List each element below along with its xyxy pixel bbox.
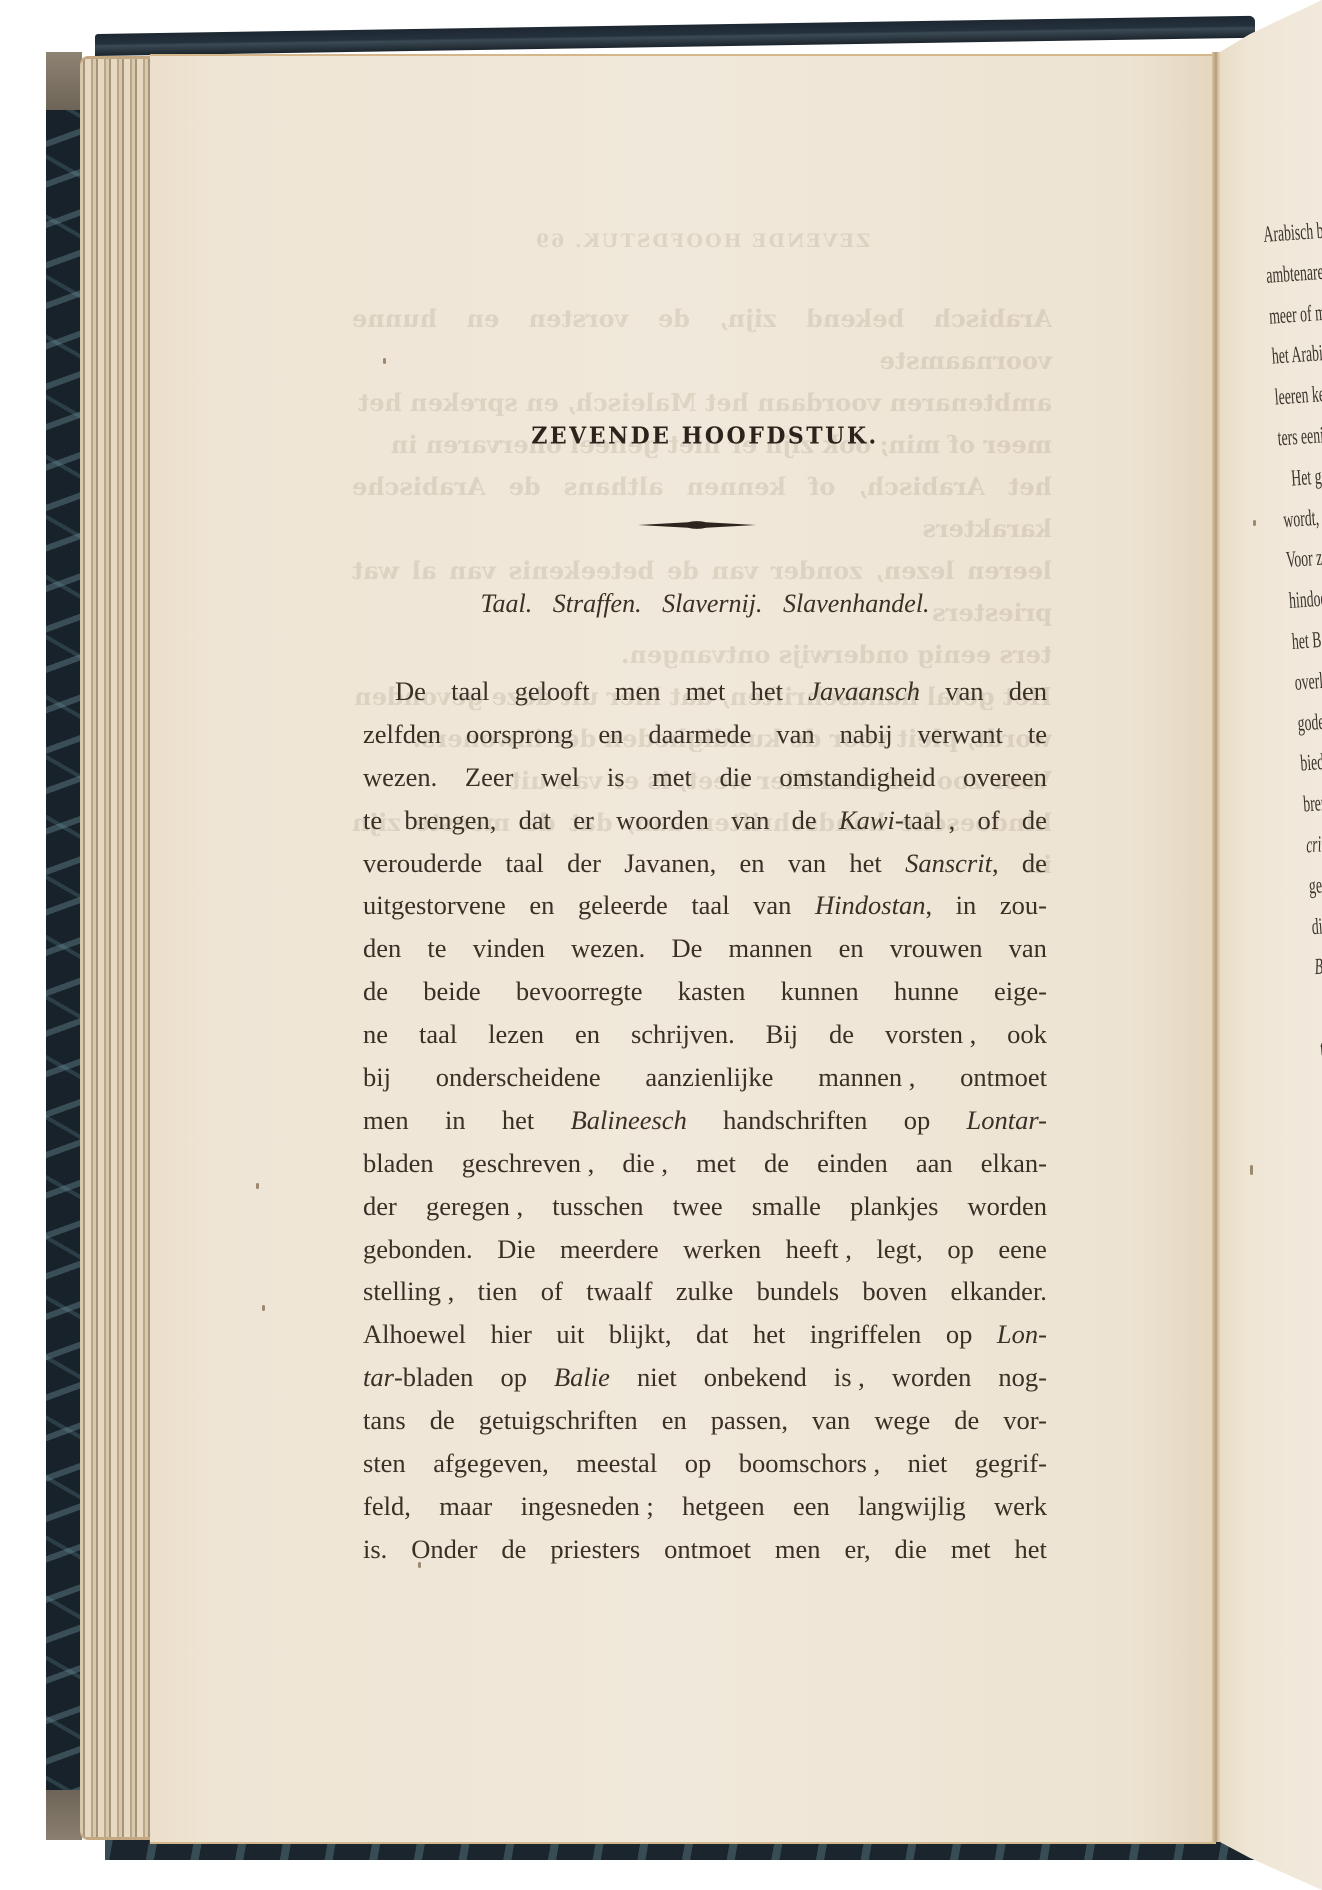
word: der: [363, 1185, 397, 1228]
word: getuigschriften: [479, 1399, 638, 1442]
word: werken: [683, 1228, 761, 1271]
word: geschreven ,: [462, 1142, 594, 1185]
foxing-speck: [262, 1305, 265, 1311]
right-page-line: het Balien: [1290, 619, 1322, 663]
book-cover-corner-top: [46, 52, 82, 110]
word: en: [575, 1013, 600, 1056]
word: van: [945, 670, 983, 713]
word: van: [753, 884, 791, 927]
word: niet: [908, 1442, 948, 1485]
text-line: gebonden.Diemeerderewerkenheeft ,legt,op…: [363, 1228, 1047, 1271]
word: van: [1009, 927, 1047, 970]
text-line: meninhetBalineeschhandschriftenopLontar-: [363, 1099, 1047, 1142]
foxing-speck: [418, 1562, 421, 1568]
word: elkan-: [981, 1142, 1047, 1185]
right-page-line: die beide: [1310, 904, 1322, 948]
word: vorsten ,: [885, 1013, 976, 1056]
word: met: [652, 756, 692, 799]
right-page-line: Het getal: [1279, 456, 1322, 500]
word: er: [573, 799, 594, 842]
word: ook: [1007, 1013, 1047, 1056]
word: vor-: [1003, 1399, 1047, 1442]
word: hetgeen: [682, 1485, 764, 1528]
text-line: zelfdenoorsprongendaarmedevannabijverwan…: [363, 713, 1047, 756]
text-line: is.Onderdepriestersontmoetmener,diemethe…: [363, 1528, 1047, 1571]
right-page-line: crit in de: [1305, 822, 1322, 866]
right-page-line: biedigde g: [1299, 741, 1322, 785]
word: vrouwen: [890, 927, 983, 970]
word: worden: [968, 1185, 1047, 1228]
word: taal: [451, 670, 489, 713]
word: het: [502, 1099, 534, 1142]
text-line: DetaalgelooftmenmethetJavaanschvanden: [363, 670, 1047, 713]
word: uitgestorvene: [363, 884, 506, 927]
word: onbekend: [704, 1356, 807, 1399]
word: afgegeven,: [433, 1442, 549, 1485]
word: woorden: [616, 799, 709, 842]
word: Hindostan,: [815, 884, 932, 927]
word: geregen ,: [426, 1185, 523, 1228]
word: met: [951, 1528, 991, 1571]
word: ontmoet: [664, 1528, 751, 1571]
word: smalle: [752, 1185, 821, 1228]
word: tar-bladen: [363, 1356, 473, 1399]
word: worden: [892, 1356, 971, 1399]
word: werk: [994, 1485, 1047, 1528]
right-page-line: wordt, pleit: [1282, 497, 1322, 541]
word: het: [753, 1313, 785, 1356]
word: boomschors ,: [739, 1442, 880, 1485]
word: het: [849, 842, 881, 885]
word: ingesneden ;: [521, 1485, 654, 1528]
word: een: [793, 1485, 830, 1528]
text-line: tansdegetuigschriftenenpassen,vanwegedev…: [363, 1399, 1047, 1442]
word: in: [956, 884, 977, 927]
word: zelfden: [363, 713, 441, 756]
word: meerdere: [560, 1228, 659, 1271]
word: elkander.: [951, 1270, 1047, 1313]
subtitle-topic: Taal.: [480, 589, 532, 618]
word: te: [427, 927, 446, 970]
word: hier: [491, 1313, 532, 1356]
word: wel: [541, 756, 579, 799]
word: wege: [874, 1399, 930, 1442]
word: de: [1022, 799, 1047, 842]
word: maar: [439, 1485, 492, 1528]
word: op: [946, 1313, 973, 1356]
word: op: [500, 1356, 527, 1399]
right-page-line: brengselen: [1302, 781, 1322, 825]
text-line: dentevindenwezen.Demannenenvrouwenvan: [363, 927, 1047, 970]
text-line: tebrengen,daterwoordenvandeKawi-taal ,of…: [363, 799, 1047, 842]
word: de: [954, 1399, 979, 1442]
word: van: [776, 713, 814, 756]
word: de: [764, 1142, 789, 1185]
word: taal: [691, 884, 729, 927]
word: legt,: [876, 1228, 922, 1271]
word: dat: [519, 799, 551, 842]
right-page-line: het Arabisc: [1271, 334, 1322, 378]
text-line: feld,maaringesneden ;hetgeeneenlangwijli…: [363, 1485, 1047, 1528]
word: taal: [506, 842, 544, 885]
word: van: [812, 1399, 850, 1442]
text-line: debeidebevoorregtekastenkunnenhunneeige-: [363, 970, 1047, 1013]
word: men: [615, 670, 661, 713]
word: twaalf: [586, 1270, 652, 1313]
word: de: [363, 970, 388, 1013]
word: dat: [696, 1313, 728, 1356]
text-line: netaallezenenschrijven.Bijdevorsten ,ook: [363, 1013, 1047, 1056]
word: nog-: [998, 1356, 1047, 1399]
text-line: stelling ,tienoftwaalfzulkebundelsbovene…: [363, 1270, 1047, 1313]
word: schrijven.: [631, 1013, 735, 1056]
word: aanzienlijke: [645, 1056, 773, 1099]
word: blijkt,: [609, 1313, 672, 1356]
word: omstandigheid: [779, 756, 935, 799]
word: boven: [862, 1270, 927, 1313]
word: op: [904, 1099, 931, 1142]
word: uit: [556, 1313, 584, 1356]
word: te: [363, 799, 382, 842]
book-cover-spine-left: [46, 60, 82, 1840]
word: verwant: [918, 713, 1003, 756]
word: Balie: [554, 1356, 610, 1399]
chapter-title: ZEVENDE HOOFDSTUK.: [363, 422, 1047, 449]
word: met: [686, 670, 726, 713]
word: der: [567, 842, 601, 885]
word: bij: [363, 1056, 391, 1099]
subtitle-topic: Slavenhandel.: [783, 589, 930, 618]
text-line: verouderdetaalderJavanen,envanhetSanscri…: [363, 842, 1047, 885]
word: tien: [478, 1270, 518, 1313]
word: heeft ,: [786, 1228, 852, 1271]
word: nabij: [840, 713, 893, 756]
word: twee: [673, 1185, 723, 1228]
word: zou-: [1000, 884, 1047, 927]
word: daarmede: [648, 713, 751, 756]
text-line: uitgestorveneengeleerdetaalvanHindostan,…: [363, 884, 1047, 927]
word: ne: [363, 1013, 388, 1056]
word: gebonden.: [363, 1228, 473, 1271]
word: eene: [998, 1228, 1047, 1271]
word: het: [751, 670, 783, 713]
word: Alhoewel: [363, 1313, 466, 1356]
word: bladen: [363, 1142, 434, 1185]
word: Bij: [766, 1013, 798, 1056]
text-line: dergeregen ,tusschentweesmalleplankjeswo…: [363, 1185, 1047, 1228]
word: de: [792, 799, 817, 842]
word: De: [395, 670, 426, 713]
word: den: [363, 927, 401, 970]
word: Lontar-: [967, 1099, 1047, 1142]
right-page-line: meer of m: [1268, 293, 1319, 337]
word: of: [541, 1270, 563, 1313]
text-line: bijonderscheideneaanzienlijkemannen ,ont…: [363, 1056, 1047, 1099]
word: plankjes: [850, 1185, 938, 1228]
word: Zeer: [465, 756, 514, 799]
word: zulke: [676, 1270, 733, 1313]
word: die: [895, 1528, 927, 1571]
word: mannen ,: [818, 1056, 915, 1099]
word: en: [598, 713, 623, 756]
word: De: [671, 927, 702, 970]
word: verouderde: [363, 842, 482, 885]
word: Javanen,: [624, 842, 716, 885]
word: brengen,: [404, 799, 496, 842]
word: is.: [363, 1528, 387, 1571]
word: de: [829, 1013, 854, 1056]
foxing-speck: [256, 1183, 259, 1189]
right-page-line: ambtenaren: [1265, 252, 1316, 296]
word: meestal: [576, 1442, 657, 1485]
word: overeen: [963, 756, 1047, 799]
word: wezen.: [363, 756, 437, 799]
word: ontmoet: [960, 1056, 1047, 1099]
word: bevoorregte: [516, 970, 643, 1013]
right-page-line: Arabisch be: [1262, 212, 1313, 256]
word: beide: [423, 970, 480, 1013]
page-stack-edge: [80, 56, 152, 1840]
word: priesters: [550, 1528, 640, 1571]
word: geleerde: [578, 884, 668, 927]
word: wezen.: [571, 927, 645, 970]
right-page-line: overleveri: [1293, 659, 1322, 703]
text-line: wezen.Zeerwelismetdieomstandigheidoveree…: [363, 756, 1047, 799]
text-line: bladengeschreven ,die ,metdeeindenaanelk…: [363, 1142, 1047, 1185]
right-page-line: goden, of: [1296, 700, 1322, 744]
right-page-line: leeren kenn: [1273, 374, 1322, 418]
word: aan: [916, 1142, 953, 1185]
word: feld,: [363, 1485, 411, 1528]
foxing-speck: [1250, 1165, 1253, 1175]
word: tans: [363, 1399, 406, 1442]
word: de: [430, 1399, 455, 1442]
word: Onder: [411, 1528, 477, 1571]
word: en: [529, 884, 554, 927]
word: en: [740, 842, 765, 885]
word: die: [719, 756, 751, 799]
word: die ,: [622, 1142, 668, 1185]
foxing-speck: [383, 358, 386, 364]
word: Javaansch: [808, 670, 920, 713]
text-line: tar-bladenopBalienietonbekendis ,wordenn…: [363, 1356, 1047, 1399]
word: handschriften: [723, 1099, 867, 1142]
foxing-speck: [1253, 520, 1256, 526]
book-cover-top-edge: [95, 16, 1255, 56]
word: men: [363, 1099, 409, 1142]
word: op: [947, 1228, 974, 1271]
word: sten: [363, 1442, 406, 1485]
word: passen,: [711, 1399, 788, 1442]
word: niet: [637, 1356, 677, 1399]
word: het: [1015, 1528, 1047, 1571]
word: te: [1028, 713, 1047, 756]
ornament-divider-icon: [638, 519, 756, 531]
word: kunnen: [781, 970, 859, 1013]
word: onderscheidene: [436, 1056, 601, 1099]
word: hunne: [894, 970, 959, 1013]
subtitle-topic: Slavernij.: [662, 589, 762, 618]
text-line: Alhoewelhieruitblijkt,dathetingriffeleno…: [363, 1313, 1047, 1356]
word: in: [445, 1099, 466, 1142]
word: de: [501, 1528, 526, 1571]
word: of: [978, 799, 1000, 842]
word: op: [685, 1442, 712, 1485]
word: einden: [817, 1142, 888, 1185]
word: eige-: [994, 970, 1047, 1013]
word: vinden: [473, 927, 545, 970]
word: lezen: [488, 1013, 544, 1056]
word: stelling ,: [363, 1270, 454, 1313]
word: ingriffelen: [810, 1313, 921, 1356]
word: Lon-: [997, 1313, 1047, 1356]
subtitle-topic: Straffen.: [553, 589, 642, 618]
word: er,: [844, 1528, 870, 1571]
right-page-line: genomen.: [1308, 863, 1322, 907]
right-page-line: hindoesche l: [1288, 578, 1322, 622]
word: tusschen: [552, 1185, 643, 1228]
word: oorsprong: [466, 713, 573, 756]
word: Balineesch: [571, 1099, 687, 1142]
word: kasten: [678, 970, 746, 1013]
word: langwijlig: [858, 1485, 965, 1528]
word: van: [788, 842, 826, 885]
right-page-line: ters eenig o: [1276, 415, 1322, 459]
word: de: [1022, 842, 1047, 885]
body-paragraph: DetaalgelooftmenmethetJavaanschvandenzel…: [363, 670, 1047, 1571]
word: bundels: [757, 1270, 839, 1313]
word: en: [662, 1399, 687, 1442]
word: gelooft: [515, 670, 590, 713]
word: met: [696, 1142, 736, 1185]
word: den: [1009, 670, 1047, 713]
word: mannen: [729, 927, 813, 970]
word: men: [775, 1528, 821, 1571]
word: is: [607, 756, 625, 799]
word: van: [731, 799, 769, 842]
right-page-line: Voor zoo ve: [1285, 537, 1322, 581]
book-cover-corner-bottom: [46, 1790, 82, 1840]
chapter-subtitle: Taal. Straffen. Slavernij. Slavenhandel.: [363, 589, 1047, 619]
word: en: [839, 927, 864, 970]
word: Kawi-taal ,: [839, 799, 955, 842]
word: is ,: [834, 1356, 865, 1399]
word: Sanscrit,: [905, 842, 999, 885]
text-line: stenafgegeven,meestalopboomschors ,nietg…: [363, 1442, 1047, 1485]
word: Die: [497, 1228, 535, 1271]
word: gegrif-: [975, 1442, 1047, 1485]
word: taal: [419, 1013, 457, 1056]
